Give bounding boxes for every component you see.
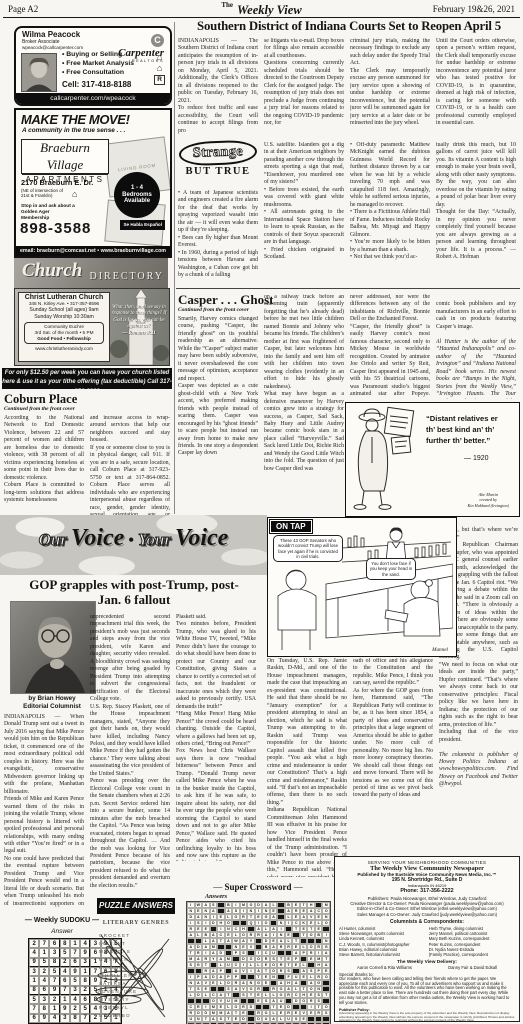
- columnists-right: Herb Thyme, dining columnistJerry Mannel…: [429, 926, 515, 958]
- realtor-bullet-list: • Buying or Selling• Free Market Analysi…: [62, 51, 134, 77]
- columnists-header: Columnists & Correspondents:: [339, 919, 515, 925]
- church-website: www.christlutheranindy.com: [19, 346, 109, 351]
- sudoku-cell: 3: [70, 986, 80, 995]
- sudoku-cell: 7: [29, 1004, 39, 1013]
- sudoku-cell: 9: [80, 948, 90, 957]
- quote-year: — 1920: [464, 455, 489, 462]
- sudoku-cell: 1: [29, 976, 39, 985]
- paper-title: The Weekly View Community Newspaper: [339, 865, 515, 872]
- bedrooms-badge: 1 - 4 Bedrooms Available: [114, 172, 160, 218]
- wilma-peacock-photo: [21, 53, 57, 92]
- speech-bubble: You don’t lose face if you keep your hea…: [366, 558, 416, 580]
- but-true-logo-text: BUT TRUE: [179, 166, 257, 177]
- article-column: Smartly, Harvey comics changed course, p…: [178, 316, 258, 515]
- apartments-address-note: (NE of intersection of 21st & Franklin): [21, 188, 67, 199]
- svg-text:U N D E R B O: U N D E R B O: [99, 1013, 130, 1018]
- list-item: (Family Practice), correspondent: [429, 952, 515, 957]
- verse-reference: — Romans 8:31: [111, 331, 167, 337]
- author-bio: Al Hunter is the author of the “Haunted …: [436, 339, 516, 399]
- list-item: Editor-in-Chief & Co-Owner: Ethel Winslo…: [339, 906, 515, 911]
- article-column: Until the Court orders otherwise, upon a…: [436, 38, 516, 137]
- thanks-text: Our readers, who have been calling and t…: [339, 977, 515, 1006]
- article-column: • Off-duty paramedic Matthew McKnight ea…: [350, 142, 430, 286]
- article-column: comic book publishers and toy manufactur…: [436, 294, 516, 399]
- delivery-names: Aaron Cornell & Rita Williams Danny Fair…: [339, 965, 515, 970]
- sudoku-cell: 3: [29, 967, 39, 976]
- columnist-bio: The columnist is publisher of Howey Poli…: [439, 752, 518, 788]
- realtor-icons: ⌂ ⌂ R: [154, 53, 165, 85]
- casper-article-title: Casper . . . Ghost: [178, 292, 273, 308]
- sudoku-cell: 9: [39, 1014, 49, 1023]
- abe-martin-quote-box: “Distant relatives er th’ best kind an’ …: [345, 402, 520, 517]
- church-listing: Christ Lutheran Church 345 N. Kitley Ave…: [14, 288, 170, 366]
- church-name: Christ Lutheran Church: [19, 294, 109, 301]
- membership-note: Stop in and ask about a Golden Ager Memb…: [21, 204, 79, 221]
- header-rule: [3, 17, 520, 18]
- sudoku-cell: 1: [49, 1004, 59, 1013]
- masthead-info-box: SERVING YOUR NEIGHBORHOOD COMMUNITIES Th…: [334, 856, 520, 1022]
- equal-housing-icon: ⌂: [157, 53, 162, 62]
- brian-howey-photo: [10, 601, 96, 694]
- realtor-r-icon: R: [154, 75, 165, 85]
- sudoku-cell: 5: [80, 1004, 90, 1013]
- euchre-line: Good Food • Fellowship: [25, 336, 103, 342]
- church-header-caps: DIRECTORY: [90, 271, 165, 282]
- se-habla-espanol-badge: Se Habla Español: [120, 220, 165, 230]
- svg-text:M Y S T E R Y: M Y S T E R Y: [99, 997, 128, 1002]
- verse-text: What, then, shall we say in response to …: [112, 305, 167, 329]
- braeburn-logo: Braeburn Village APARTMENTS: [21, 139, 109, 174]
- sudoku-cell: 9: [60, 1004, 70, 1013]
- article-column: and increase access to wrap-around servi…: [90, 415, 170, 519]
- puzzle-answers-label: PUZZLE ANSWERS: [97, 898, 175, 914]
- byline-author: by Brian Howey: [10, 695, 94, 703]
- sudoku-cell: 7: [70, 948, 80, 957]
- column-text: comic book publishers and toy manufactur…: [436, 301, 516, 329]
- sudoku-cell: 3: [60, 1014, 70, 1023]
- apartments-address: 2170 Braeburn E. Dr.: [21, 178, 93, 187]
- badge-line: 1 - 4: [114, 185, 160, 192]
- svg-text:T H R I L L E R: T H R I L L E R: [101, 973, 132, 978]
- sudoku-cell: 3: [49, 948, 59, 957]
- sudoku-cell: 8: [70, 1014, 80, 1023]
- article-column: unprecedented second impeachment trial t…: [90, 614, 170, 895]
- euchre-line: 3rd Sat. of the month • 5 PM: [25, 330, 103, 336]
- quote-credit: Abe Martin created by Kin Hubbard (Irvin…: [468, 492, 509, 508]
- church-service-line: Sunday School (all ages) 9am: [19, 307, 109, 313]
- article-column: According to the National Network to End…: [4, 415, 84, 515]
- our-voice-your-voice-banner: Our Voice • Your Voice: [0, 515, 267, 575]
- sudoku-cell: 7: [49, 976, 59, 985]
- list-item: • Free Consultation: [62, 69, 134, 78]
- crossword-title: — Super Crossword —: [184, 882, 332, 892]
- banner-word-our: Our: [39, 530, 67, 549]
- sudoku-cell: 7: [80, 1014, 90, 1023]
- article-column: U.S. satellite. Islanders got a dig in a…: [264, 142, 344, 286]
- sudoku-cell: 2: [60, 958, 70, 967]
- svg-text:C R O C K E T: C R O C K E T: [99, 933, 129, 938]
- sudoku-cell: 4: [80, 939, 90, 948]
- sudoku-cell: 3: [39, 995, 49, 1004]
- church-service-line: Sunday Worship 10:30am: [19, 314, 109, 320]
- strange-but-true-logo: Strange BUT TRUE: [179, 141, 257, 177]
- sudoku-cell: 8: [80, 976, 90, 985]
- sudoku-cell: 8: [60, 939, 70, 948]
- sudoku-cell: 2: [80, 986, 90, 995]
- article-column: INDIANAPOLIS — When Donald Trump sent ou…: [4, 714, 84, 907]
- bible-verse: What, then, shall we say in response to …: [111, 305, 167, 337]
- church-listing-offer-bar: For only $12.50 per week you can have yo…: [2, 368, 172, 389]
- article-column: On Tuesday, U.S. Rep. Jamie Raskin, D-Md…: [267, 658, 347, 877]
- article-column: se litigants via e-mail. Drop boxes for …: [264, 38, 344, 137]
- cartoon-title: ON TAP: [271, 521, 311, 532]
- braeburn-logo-script: Braeburn Village: [22, 140, 108, 174]
- sudoku-cell: 8: [49, 958, 59, 967]
- article-column: criminal jury trials, making the necessa…: [350, 38, 430, 137]
- banner-dot: •: [128, 532, 134, 549]
- sudoku-cell: 6: [60, 976, 70, 985]
- coburn-article-title: Coburn Place: [4, 392, 77, 407]
- svg-text:I A B F A N T: I A B F A N T: [99, 941, 125, 946]
- sudoku-cell: 1: [60, 995, 70, 1004]
- article-column: tually drink this much, but 10 gallons o…: [436, 142, 516, 286]
- article-column: oath of office and his allegiance to the…: [353, 658, 433, 851]
- realtor-phone: Cell: 317-418-8188: [62, 80, 131, 89]
- article-column: Plaskett said. Two minutes before, Presi…: [176, 614, 256, 861]
- sudoku-cell: 6: [49, 939, 59, 948]
- ad-tagline: A community in the true sense . . .: [22, 127, 170, 134]
- continued-note: Continued from the front cover: [4, 406, 75, 412]
- sudoku-cell: 2: [39, 967, 49, 976]
- banner-word-voice: Voice: [71, 525, 124, 551]
- delivery-team: Aaron Cornell & Rita Williams: [357, 965, 412, 970]
- carpenter-logo-icon: C: [151, 34, 164, 47]
- badge-line: Available: [114, 198, 160, 205]
- strange-logo-text: Strange: [179, 140, 258, 167]
- continued-note: Continued from the front cover: [178, 307, 249, 313]
- byline-role: Editorial Columnist: [10, 703, 94, 711]
- masthead-the: The: [221, 1, 233, 9]
- apartments-ad: LIVING ROOM BEDROOM MAKE THE MOVE! A com…: [14, 108, 172, 258]
- masthead-phone: Phone: 317-356-2222: [339, 888, 515, 894]
- byline: by Brian Howey Editorial Columnist: [10, 695, 94, 711]
- sudoku-cell: 1: [70, 939, 80, 948]
- house-icon: ⌂: [72, 189, 77, 199]
- article-column: on a railway track before an oncoming tr…: [264, 294, 344, 516]
- realtor-ad: Wilma Peacock Broker Associate wpeacock@…: [14, 26, 172, 106]
- issue-date: February 19&26, 2021: [433, 4, 515, 14]
- banner-word-your: Your: [138, 530, 171, 549]
- columnists-lists: Al Hunter, columnistSteve Nicewanger, sp…: [339, 926, 515, 958]
- apartments-phone: 898-3588: [20, 220, 91, 237]
- sudoku-cell: 4: [60, 967, 70, 976]
- sudoku-cell: 2: [49, 995, 59, 1004]
- sudoku-cell: 4: [39, 976, 49, 985]
- sudoku-cell: 6: [80, 995, 90, 1004]
- sudoku-cell: 5: [70, 976, 80, 985]
- masthead-title: Weekly View: [237, 3, 302, 17]
- sudoku-cell: 7: [39, 939, 49, 948]
- list-item: • Buying or Selling: [62, 51, 134, 60]
- sudoku-cell: 1: [80, 967, 90, 976]
- svg-text:S A T I R E A: S A T I R E A: [99, 981, 126, 986]
- list-item: Sales Manager & Co-Owner: Judy Crawford …: [339, 912, 515, 917]
- realtor-website: callcarpenter.com/wpeacock: [16, 93, 170, 104]
- credit-line: Kin Hubbard (Irvington): [468, 503, 509, 508]
- badge-line: Bedrooms: [114, 192, 160, 199]
- columnists-left: Al Hunter, columnistSteve Nicewanger, sp…: [339, 926, 425, 958]
- sudoku-cell: 5: [60, 948, 70, 957]
- abe-martin-sketch: [346, 403, 424, 513]
- sudoku-cell: 2: [70, 1004, 80, 1013]
- staff-roles: Creative Director & Co-Owner: Paula Nice…: [339, 901, 515, 917]
- banner-word-voice: Voice: [175, 525, 228, 551]
- editorial-cartoon: ON TAP These 43 GOP Senators who wouldn’…: [267, 517, 457, 657]
- ad-headline: MAKE THE MOVE!: [21, 112, 170, 127]
- sudoku-cell: 5: [29, 995, 39, 1004]
- section-rule: [176, 288, 520, 289]
- word-search-title: LITERARY GENRES: [92, 920, 180, 926]
- sudoku-cell: 4: [49, 1014, 59, 1023]
- courts-article-title: Southern District of Indiana Courts Set …: [177, 19, 521, 34]
- sudoku-cell: 4: [29, 948, 39, 957]
- gop-headline-line1: GOP grapples with post-Trump, post-: [2, 577, 266, 593]
- church-directory-header: Church DIRECTORY: [14, 258, 168, 288]
- sudoku-cell: 3: [80, 958, 90, 967]
- article-column: INDIANAPOLIS — The Southern District of …: [178, 38, 258, 137]
- newspaper-page-a2: Page A2 The Weekly View February 19&26, …: [0, 0, 523, 1024]
- church-address: 345 N. Kitley Ave. • 317-357-8596: [19, 301, 109, 306]
- word-search-answer-graphic: C R O C K E TI A B F A N T M W S A G A S…: [95, 929, 179, 1022]
- column-divider-rule: [174, 22, 175, 514]
- church-header-script: Church: [22, 260, 82, 282]
- church-info-box: Christ Lutheran Church 345 N. Kitley Ave…: [18, 292, 110, 362]
- house-icon: ⌂: [157, 64, 162, 73]
- sudoku-cell: 9: [70, 967, 80, 976]
- list-item: • Free Market Analysis: [62, 60, 134, 69]
- sudoku-cell: 7: [60, 986, 70, 995]
- sudoku-cell: 2: [29, 939, 39, 948]
- sudoku-cell: 6: [39, 986, 49, 995]
- sudoku-cell: 1: [39, 948, 49, 957]
- sudoku-cell: 6: [29, 1014, 39, 1023]
- sudoku-cell: 9: [49, 986, 59, 995]
- article-column: never addressed, nor were the difference…: [350, 294, 430, 399]
- crossword-answers-label: Answers: [186, 893, 246, 900]
- delivery-team: Danny Fair & David Edsall: [448, 965, 497, 970]
- church-euchre-box: Community Euchre 3rd Sat. of the month •…: [24, 322, 104, 344]
- sudoku-cell: 8: [29, 986, 39, 995]
- crossword-answer-grid: IWASBIMODALBETHMNENAASININEAREACODANIELO…: [186, 901, 331, 1024]
- sudoku-cell: 8: [39, 1004, 49, 1013]
- cartoonist-signature: Mannel: [432, 647, 448, 653]
- speech-bubble: These 43 GOP Senators who wouldn’t convi…: [273, 535, 343, 562]
- sudoku-cell: 4: [70, 995, 80, 1004]
- article-column: • A team of Japanese scientists and engi…: [178, 190, 258, 285]
- sudoku-cell: 6: [70, 958, 80, 967]
- abe-martin-quote: “Distant relatives er th’ best kind an’ …: [426, 413, 512, 446]
- apartments-contact-bar: email: braeburn@comcast.net • www.braebu…: [16, 246, 170, 256]
- list-item: Steve Barnett, historian/columnist: [339, 952, 425, 957]
- sudoku-cell: 5: [49, 967, 59, 976]
- sudoku-cell: 5: [39, 958, 49, 967]
- policy-text: Advertising appearing in the Weekly View…: [339, 1012, 515, 1022]
- crossword-title-text: Super Crossword: [225, 882, 292, 892]
- sudoku-cell: 9: [29, 958, 39, 967]
